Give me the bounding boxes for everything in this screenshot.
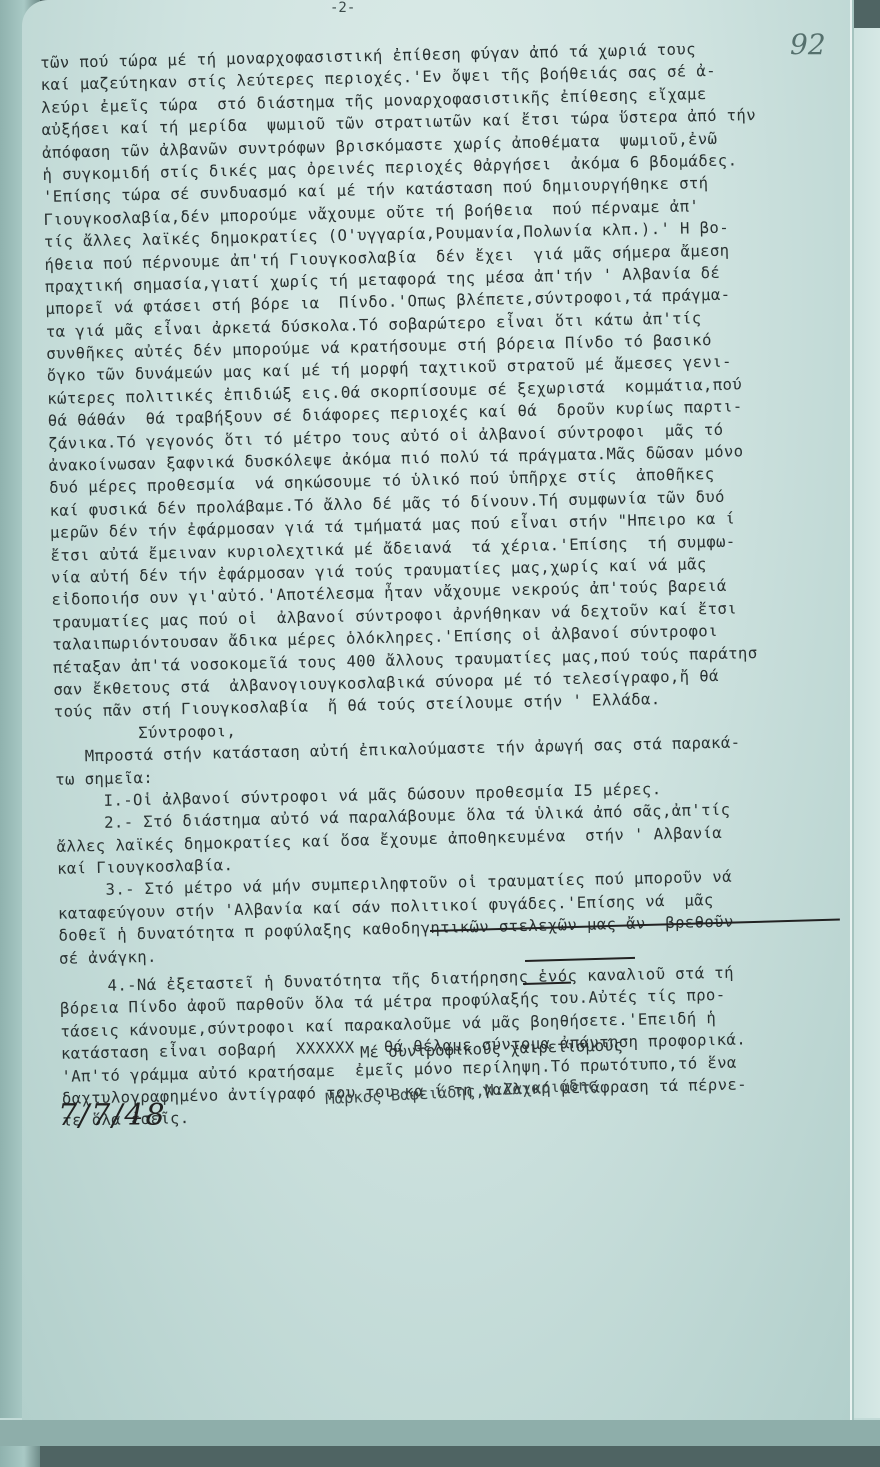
letter-paragraph: τῶν πού τώρα μέ τή μοναρχοφασιστική ἐπίθ…	[40, 35, 854, 723]
page-marker: -2-	[330, 0, 355, 16]
letter-body: τῶν πού τώρα μέ τή μοναρχοφασιστική ἐπίθ…	[40, 35, 862, 1132]
page-bottom-edge	[0, 1418, 880, 1446]
request-points: Ι.-Οἱ ἀλβανοί σύντροφοι νά μᾶς δώσουν πρ…	[55, 774, 862, 1133]
handwritten-date: 7/7/48	[58, 1098, 167, 1133]
